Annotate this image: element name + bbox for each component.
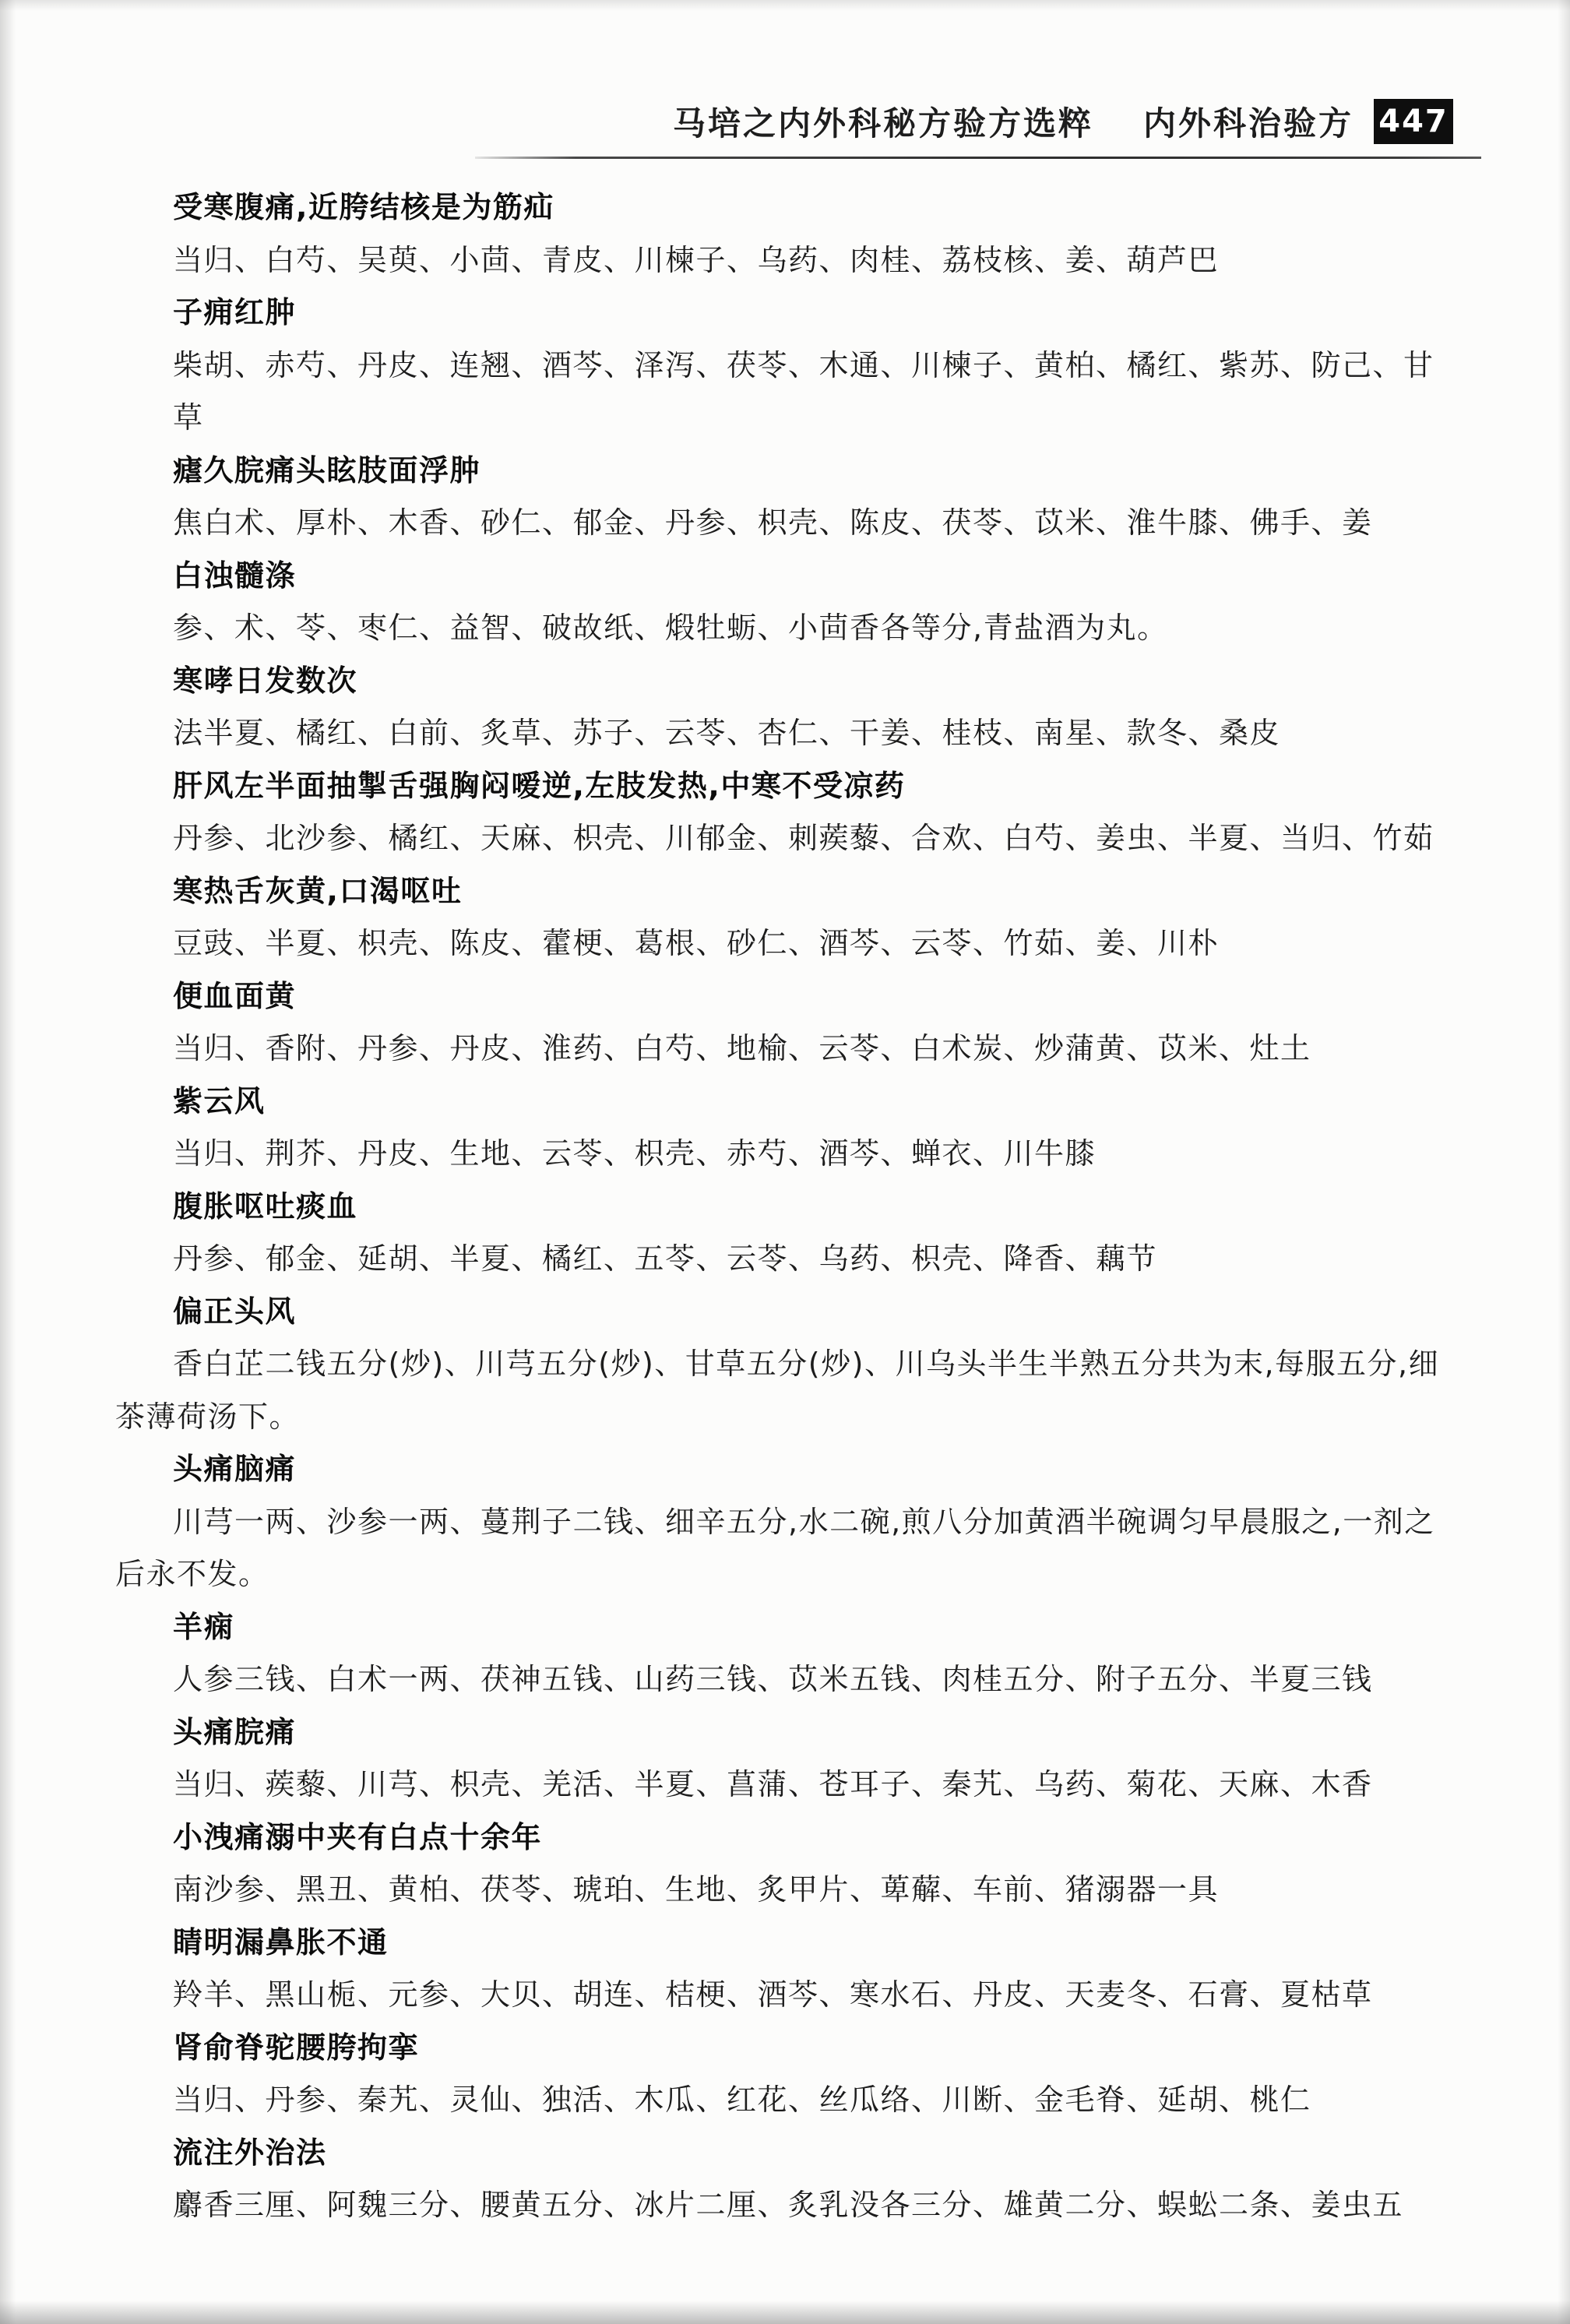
scan-edge-bottom	[0, 2301, 1570, 2324]
header-divider	[475, 157, 1481, 159]
recipe-heading: 偏正头风	[115, 1286, 1456, 1339]
recipe-heading: 白浊髓涤	[115, 550, 1456, 603]
scan-edge-top	[0, 0, 1570, 11]
recipe-text: 当归、丹参、秦艽、灵仙、独活、木瓜、红花、丝瓜络、川断、金毛脊、延胡、桃仁	[115, 2074, 1456, 2127]
recipe-heading: 头痛脘痛	[115, 1706, 1456, 1759]
recipe-heading: 寒热舌灰黄,口渴呕吐	[115, 865, 1456, 918]
recipe-text: 丹参、北沙参、橘红、天麻、枳壳、川郁金、刺蒺藜、合欢、白芍、姜虫、半夏、当归、竹…	[115, 812, 1456, 865]
recipe-text: 柴胡、赤芍、丹皮、连翘、酒芩、泽泻、茯苓、木通、川楝子、黄柏、橘红、紫苏、防己、…	[115, 340, 1456, 445]
recipe-text: 人参三钱、白术一两、茯神五钱、山药三钱、苡米五钱、肉桂五分、附子五分、半夏三钱	[115, 1653, 1456, 1706]
recipe-heading: 肝风左半面抽掣舌强胸闷嗳逆,左肢发热,中寒不受凉药	[115, 760, 1456, 813]
recipe-text: 川芎一两、沙参一两、蔓荆子二钱、细辛五分,水二碗,煎八分加黄酒半碗调匀早晨服之,…	[115, 1496, 1456, 1601]
recipe-text: 法半夏、橘红、白前、炙草、苏子、云苓、杏仁、干姜、桂枝、南星、款冬、桑皮	[115, 707, 1456, 760]
recipe-list: 受寒腹痛,近胯结核是为筋疝当归、白芍、吴萸、小茴、青皮、川楝子、乌药、肉桂、荔枝…	[115, 181, 1456, 2232]
scan-edge-left	[0, 0, 16, 2324]
recipe-text: 南沙参、黑丑、黄柏、茯苓、琥珀、生地、炙甲片、萆薢、车前、猪溺器一具	[115, 1864, 1456, 1917]
page-header: 马培之内外科秘方验方选粹 内外科治验方 447	[0, 98, 1453, 145]
recipe-heading: 头痛脑痛	[115, 1443, 1456, 1496]
recipe-heading: 睛明漏鼻胀不通	[115, 1917, 1456, 1970]
recipe-text: 当归、荆芥、丹皮、生地、云苓、枳壳、赤芍、酒芩、蝉衣、川牛膝	[115, 1128, 1456, 1181]
recipe-heading: 小洩痛溺中夹有白点十余年	[115, 1812, 1456, 1864]
recipe-heading: 便血面黄	[115, 970, 1456, 1023]
recipe-heading: 寒哮日发数次	[115, 655, 1456, 708]
recipe-heading: 子痈红肿	[115, 287, 1456, 340]
scanned-book-page: 马培之内外科秘方验方选粹 内外科治验方 447 受寒腹痛,近胯结核是为筋疝当归、…	[0, 0, 1570, 2324]
book-title: 马培之内外科秘方验方选粹	[673, 98, 1093, 145]
recipe-heading: 腹胀呕吐痰血	[115, 1181, 1456, 1234]
recipe-text: 当归、蒺藜、川芎、枳壳、羌活、半夏、菖蒲、苍耳子、秦艽、乌药、菊花、天麻、木香	[115, 1759, 1456, 1812]
recipe-text: 香白芷二钱五分(炒)、川芎五分(炒)、甘草五分(炒)、川乌头半生半熟五分共为末,…	[115, 1338, 1456, 1443]
chapter-title: 内外科治验方	[1143, 98, 1354, 145]
recipe-text: 豆豉、半夏、枳壳、陈皮、藿梗、葛根、砂仁、酒芩、云苓、竹茹、姜、川朴	[115, 917, 1456, 970]
recipe-text: 当归、香附、丹参、丹皮、淮药、白芍、地榆、云苓、白术炭、炒蒲黄、苡米、灶土	[115, 1023, 1456, 1076]
recipe-text: 麝香三厘、阿魏三分、腰黄五分、冰片二厘、炙乳没各三分、雄黄二分、蜈蚣二条、姜虫五	[115, 2179, 1456, 2232]
recipe-text: 丹参、郁金、延胡、半夏、橘红、五苓、云苓、乌药、枳壳、降香、藕节	[115, 1233, 1456, 1286]
recipe-heading: 瘧久脘痛头眩肢面浮肿	[115, 445, 1456, 498]
recipe-heading: 受寒腹痛,近胯结核是为筋疝	[115, 181, 1456, 234]
recipe-heading: 流注外治法	[115, 2127, 1456, 2180]
recipe-heading: 肾俞脊驼腰胯拘挛	[115, 2022, 1456, 2075]
scan-edge-right	[1558, 0, 1570, 2324]
recipe-heading: 羊痫	[115, 1601, 1456, 1654]
recipe-text: 当归、白芍、吴萸、小茴、青皮、川楝子、乌药、肉桂、荔枝核、姜、葫芦巴	[115, 234, 1456, 287]
page-number-badge: 447	[1374, 99, 1453, 144]
recipe-text: 参、术、苓、枣仁、益智、破故纸、煅牡蛎、小茴香各等分,青盐酒为丸。	[115, 602, 1456, 655]
recipe-text: 焦白术、厚朴、木香、砂仁、郁金、丹参、枳壳、陈皮、茯苓、苡米、淮牛膝、佛手、姜	[115, 497, 1456, 550]
recipe-heading: 紫云风	[115, 1076, 1456, 1129]
recipe-text: 羚羊、黑山栀、元参、大贝、胡连、桔梗、酒芩、寒水石、丹皮、天麦冬、石膏、夏枯草	[115, 1969, 1456, 2022]
